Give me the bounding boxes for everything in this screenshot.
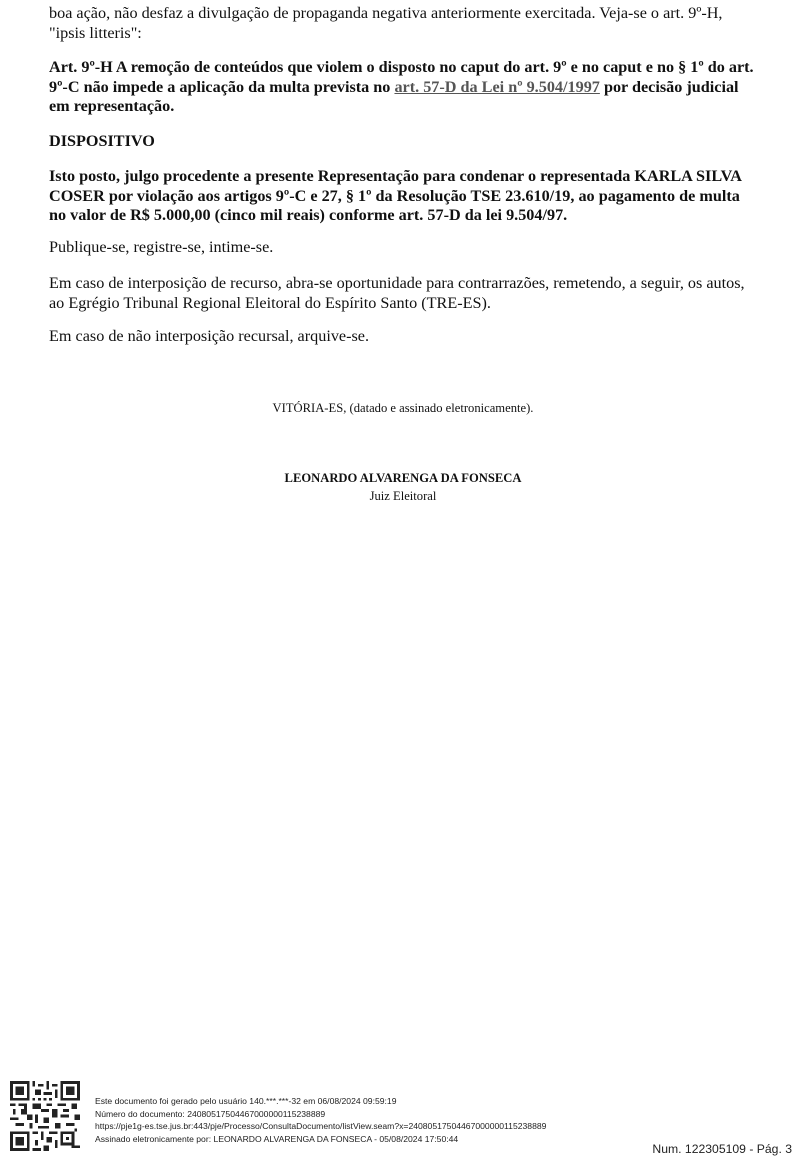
appeal-paragraph: Em caso de interposição de recurso, abra…	[49, 274, 761, 313]
page-number: Num. 122305109 - Pág. 3	[652, 1142, 792, 1156]
footer-signed-by: Assinado eletronicamente por: LEONARDO A…	[95, 1133, 546, 1146]
footer-generated-by: Este documento foi gerado pelo usuário 1…	[95, 1095, 546, 1108]
ruling-paragraph: Isto posto, julgo procedente a presente …	[49, 167, 761, 226]
footer-info: Este documento foi gerado pelo usuário 1…	[95, 1095, 546, 1145]
intro-paragraph: boa ação, não desfaz a divulgação de pro…	[49, 4, 761, 43]
intro-line-2: "ipsis litteris":	[49, 24, 142, 42]
section-heading: DISPOSITIVO	[49, 132, 761, 152]
no-appeal-paragraph: Em caso de não interposição recursal, ar…	[49, 327, 761, 347]
qr-code-icon	[10, 1081, 80, 1151]
signer-title: Juiz Eleitoral	[0, 488, 806, 504]
place-date: VITÓRIA-ES, (datado e assinado eletronic…	[0, 400, 806, 416]
quoted-article: Art. 9º-H A remoção de conteúdos que vio…	[49, 58, 761, 117]
publish-paragraph: Publique-se, registre-se, intime-se.	[49, 238, 761, 258]
footer-url[interactable]: https://pje1g-es.tse.jus.br:443/pje/Proc…	[95, 1120, 546, 1133]
footer-document-number: Número do documento: 2408051750446700000…	[95, 1108, 546, 1121]
intro-line-1: boa ação, não desfaz a divulgação de pro…	[49, 4, 722, 22]
document-page: boa ação, não desfaz a divulgação de pro…	[0, 0, 806, 1170]
signer-name: LEONARDO ALVARENGA DA FONSECA	[0, 470, 806, 486]
law-link[interactable]: art. 57-D da Lei nº 9.504/1997	[394, 78, 599, 96]
